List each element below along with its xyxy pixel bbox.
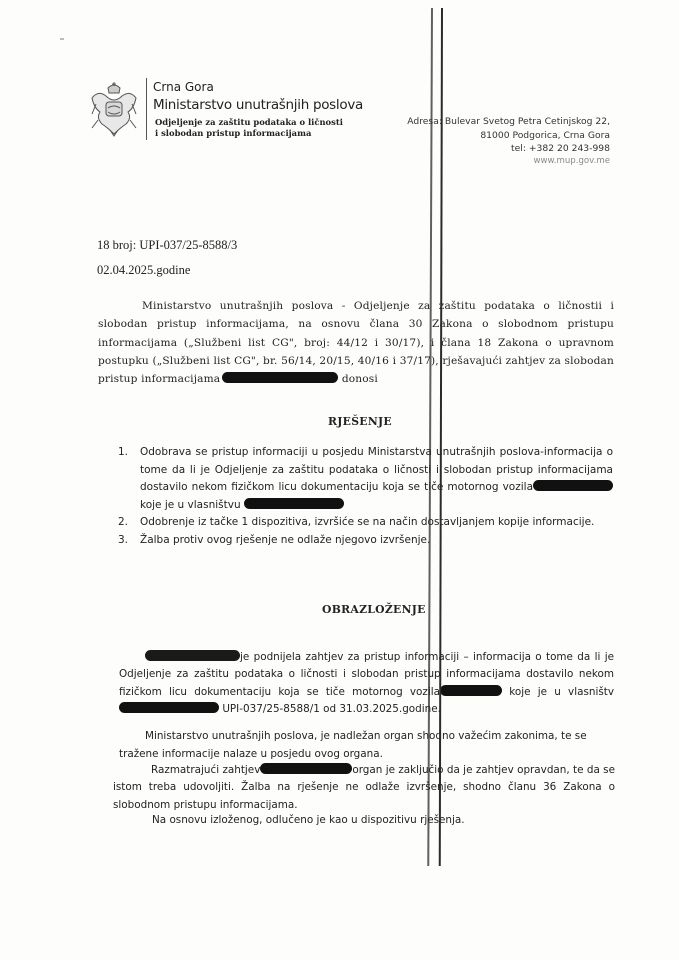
reasoning-paragraph-3: Razmatrajući zahtjevorgan je zaključio d… [113,762,615,814]
intro-tail: donosi [342,373,378,385]
header-department-line1: Odjeljenje za zaštitu podataka o ličnost… [155,117,343,127]
decision-item-number: 3. [118,532,128,550]
reference-date: 02.04.2025.godine [97,263,190,278]
decision-item-3: 3. Žalba protiv ovog rješenje ne odlaže … [118,532,613,550]
address-line1: Adresa: Bulevar Svetog Petra Cetinjskog … [407,116,610,127]
decision-list: 1. Odobrava se pristup informaciji u pos… [118,444,613,550]
address-website: www.mup.gov.me [533,156,610,166]
reasoning-p1-text-c: UPI-037/25-8588/1 od 31.03.2025.godine. [222,703,441,715]
decision-item-text: Odobrenje iz tačke 1 dispozitiva, izvrši… [140,516,594,528]
logo-divider [146,78,147,140]
redaction [440,685,502,696]
reasoning-p3-text-a: Razmatrajući zahtjev [151,764,260,776]
address-line2: 81000 Podgorica, Crna Gora [480,130,610,141]
reasoning-paragraph-4: Na osnovu izloženog, odlučeno je kao u d… [152,814,465,826]
decision-item-text: Žalba protiv ovog rješenje ne odlaže nje… [140,534,430,546]
montenegro-coat-of-arms-icon [88,80,140,140]
header-country: Crna Gora [153,80,214,94]
header-ministry: Ministarstvo unutrašnjih poslova [153,97,363,113]
decision-title: RJEŠENJE [328,415,392,428]
scan-speck [60,38,64,40]
reasoning-paragraph-1: je podnijela zahtjev za pristup informac… [119,649,614,719]
address-phone: tel: +382 20 243-998 [511,143,610,154]
redaction [260,763,352,774]
redaction [222,372,338,383]
reasoning-title: OBRAZLOŽENJE [322,603,426,616]
decision-item-1: 1. Odobrava se pristup informaciji u pos… [118,444,613,514]
header-department-line2: i slobodan pristup informacijama [155,128,311,138]
redaction [145,650,240,661]
decision-item-number: 1. [118,444,128,462]
redaction [244,498,344,509]
decision-item-text-b: koje je u vlasništvu [140,499,241,511]
decision-item-2: 2. Odobrenje iz tačke 1 dispozitiva, izv… [118,514,613,532]
reasoning-p1-text-b: koje je u vlasništv [509,686,614,698]
intro-paragraph: Ministarstvo unutrašnjih poslova - Odjel… [98,297,614,388]
redaction [119,702,219,713]
decision-item-number: 2. [118,514,128,532]
reasoning-paragraph-2: Ministarstvo unutrašnjih poslova, je nad… [119,728,614,763]
redaction [533,480,613,491]
reference-number: 18 broj: UPI-037/25-8588/3 [97,238,237,253]
